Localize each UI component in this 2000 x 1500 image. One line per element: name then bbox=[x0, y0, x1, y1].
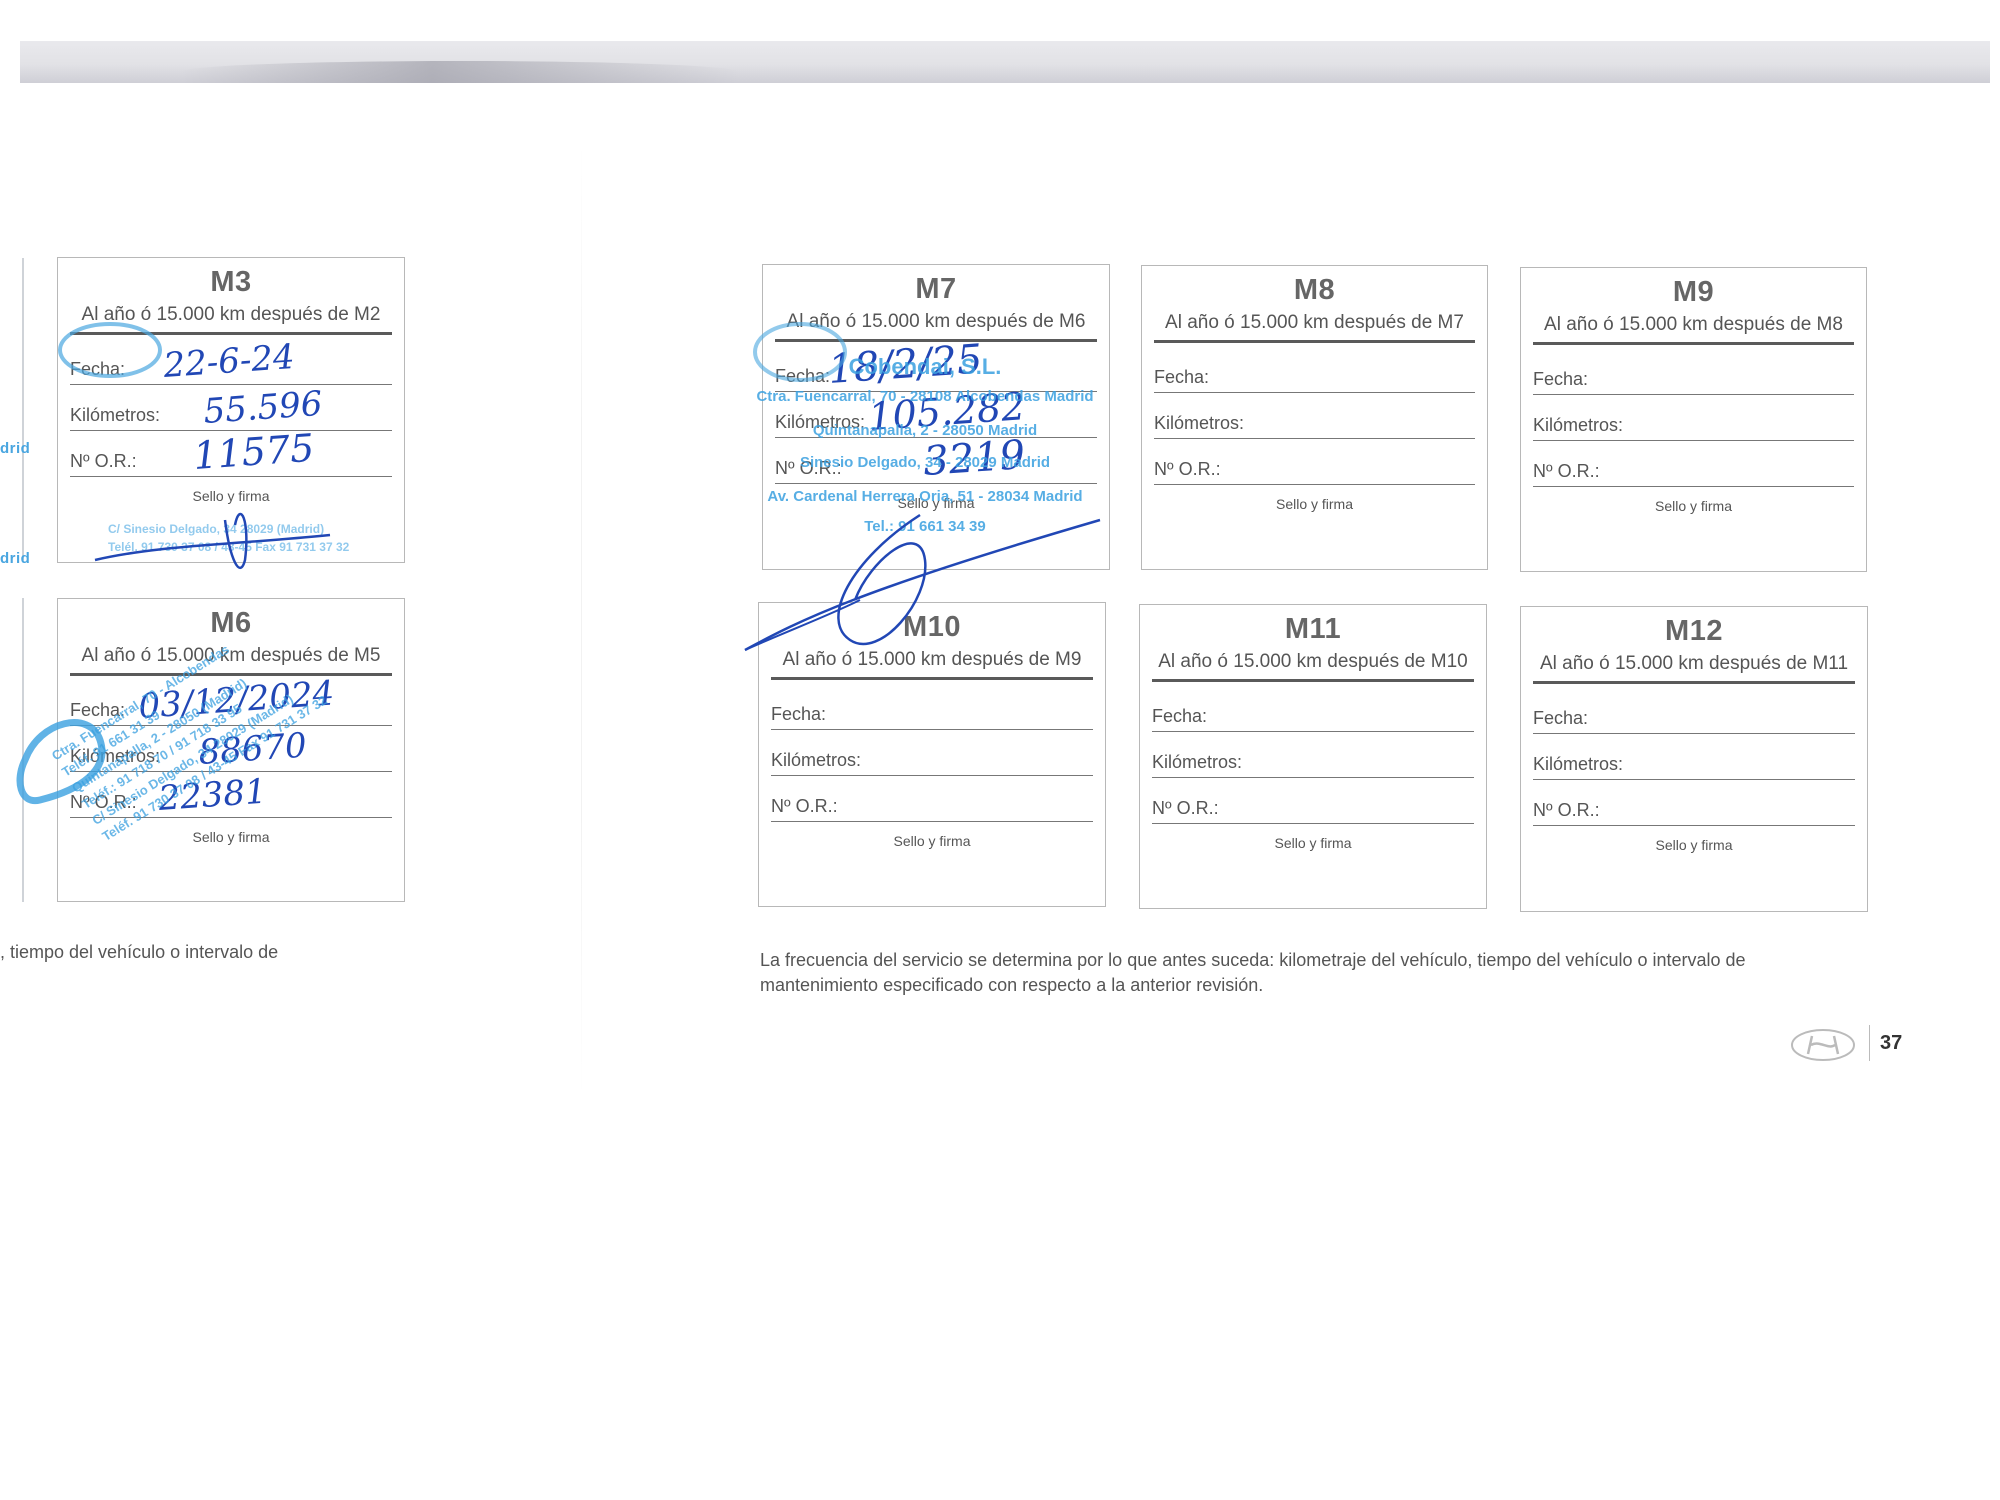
sello-firma-label: Sello y firma bbox=[1142, 496, 1487, 512]
or-number-label: Nº O.R.: bbox=[1152, 798, 1219, 819]
or-number-field[interactable]: Nº O.R.: 22381 bbox=[70, 779, 392, 818]
fecha-field[interactable]: Fecha: bbox=[1533, 356, 1854, 395]
or-number-label: Nº O.R.: bbox=[1154, 459, 1221, 480]
kilometros-field[interactable]: Kilómetros: 88670 bbox=[70, 733, 392, 772]
service-rule: Al año ó 15.000 km después de M7 bbox=[1154, 312, 1475, 343]
fecha-label: Fecha: bbox=[1152, 706, 1207, 727]
sello-firma-label: Sello y firma bbox=[759, 833, 1105, 849]
fecha-label: Fecha: bbox=[1533, 369, 1588, 390]
fecha-label: Fecha: bbox=[1154, 367, 1209, 388]
service-code: M9 bbox=[1521, 276, 1866, 309]
service-card-m11: M11 Al año ó 15.000 km después de M10 Fe… bbox=[1139, 604, 1487, 909]
fecha-field[interactable]: Fecha: bbox=[1152, 693, 1474, 732]
kilometros-field[interactable]: Kilómetros: bbox=[1533, 402, 1854, 441]
service-rule: Al año ó 15.000 km después de M11 bbox=[1533, 653, 1855, 684]
kilometros-label: Kilómetros: bbox=[70, 746, 160, 767]
dealer-stamp: C/ Sinesio Delgado, 34 28029 (Madrid) Te… bbox=[108, 520, 349, 556]
page-gutter bbox=[581, 140, 582, 1100]
kilometros-field[interactable]: Kilómetros: bbox=[1154, 400, 1475, 439]
kilometros-field[interactable]: Kilómetros: 105.282 bbox=[775, 399, 1097, 438]
or-number-field[interactable]: Nº O.R.: bbox=[1533, 448, 1854, 487]
kilometros-field[interactable]: Kilómetros: bbox=[1533, 741, 1855, 780]
fecha-field[interactable]: Fecha: 22-6-24 bbox=[70, 346, 392, 385]
fecha-field[interactable]: Fecha: bbox=[1154, 354, 1475, 393]
left-page-edge bbox=[22, 258, 24, 560]
service-card-m12: M12 Al año ó 15.000 km después de M11 Fe… bbox=[1520, 606, 1868, 912]
kilometros-label: Kilómetros: bbox=[775, 412, 865, 433]
or-number-label: Nº O.R.: bbox=[775, 458, 842, 479]
kilometros-field[interactable]: Kilómetros: bbox=[1152, 739, 1474, 778]
kilometros-label: Kilómetros: bbox=[771, 750, 861, 771]
kilometros-label: Kilómetros: bbox=[1154, 413, 1244, 434]
left-page-edge bbox=[22, 598, 24, 902]
fecha-label: Fecha: bbox=[70, 700, 125, 721]
fecha-field[interactable]: Fecha: 03/12/2024 bbox=[70, 687, 392, 726]
or-number-label: Nº O.R.: bbox=[70, 792, 137, 813]
service-rule: Al año ó 15.000 km después de M8 bbox=[1533, 314, 1854, 345]
kilometros-handwritten-value: 88670 bbox=[197, 726, 308, 773]
or-number-label: Nº O.R.: bbox=[771, 796, 838, 817]
fecha-field[interactable]: Fecha: bbox=[1533, 695, 1855, 734]
stamp-fragment: drid bbox=[0, 550, 30, 567]
or-number-handwritten-value: 11575 bbox=[192, 426, 316, 478]
kilometros-handwritten-value: 105.282 bbox=[867, 384, 1027, 439]
or-number-field[interactable]: Nº O.R.: 11575 bbox=[70, 438, 392, 477]
kilometros-field[interactable]: Kilómetros: 55.596 bbox=[70, 392, 392, 431]
or-number-field[interactable]: Nº O.R.: bbox=[1154, 446, 1475, 485]
service-code: M7 bbox=[763, 273, 1109, 306]
service-card-m8: M8 Al año ó 15.000 km después de M7 Fech… bbox=[1141, 265, 1488, 570]
fecha-label: Fecha: bbox=[1533, 708, 1588, 729]
service-card-m6: M6 Al año ó 15.000 km después de M5 Fech… bbox=[57, 598, 405, 902]
service-frequency-footnote: La frecuencia del servicio se determina … bbox=[760, 948, 1860, 998]
kilometros-handwritten-value: 55.596 bbox=[202, 384, 323, 432]
service-rule: Al año ó 15.000 km después de M9 bbox=[771, 649, 1093, 680]
fecha-handwritten-value: 03/12/2024 bbox=[137, 673, 335, 727]
sello-firma-label: Sello y firma bbox=[1521, 498, 1866, 514]
service-rule: Al año ó 15.000 km después de M10 bbox=[1152, 651, 1474, 682]
or-number-label: Nº O.R.: bbox=[70, 451, 137, 472]
service-code: M12 bbox=[1521, 615, 1867, 648]
service-card-m3: M3 Al año ó 15.000 km después de M2 Fech… bbox=[57, 257, 405, 563]
or-number-field[interactable]: Nº O.R.: bbox=[1533, 787, 1855, 826]
service-rule: Al año ó 15.000 km después de M6 bbox=[775, 311, 1097, 342]
or-number-handwritten-value: 3219 bbox=[922, 432, 1027, 485]
service-code: M6 bbox=[58, 607, 404, 640]
or-number-field[interactable]: Nº O.R.: bbox=[771, 783, 1093, 822]
or-number-handwritten-value: 22381 bbox=[157, 772, 268, 819]
sello-firma-label: Sello y firma bbox=[58, 488, 404, 504]
fecha-label: Fecha: bbox=[775, 366, 830, 387]
fecha-handwritten-value: 22-6-24 bbox=[162, 337, 296, 386]
service-code: M3 bbox=[58, 266, 404, 299]
service-card-m9: M9 Al año ó 15.000 km después de M8 Fech… bbox=[1520, 267, 1867, 572]
scan-top-shadow-band bbox=[20, 41, 1990, 83]
stamp-fragment: drid bbox=[0, 440, 30, 457]
service-card-m7: M7 Al año ó 15.000 km después de M6 Fech… bbox=[762, 264, 1110, 570]
page-number-divider bbox=[1869, 1025, 1870, 1061]
fecha-label: Fecha: bbox=[771, 704, 826, 725]
service-code: M8 bbox=[1142, 274, 1487, 307]
or-number-field[interactable]: Nº O.R.: 3219 bbox=[775, 445, 1097, 484]
fecha-field[interactable]: Fecha: 18/2/25 bbox=[775, 353, 1097, 392]
or-number-label: Nº O.R.: bbox=[1533, 461, 1600, 482]
sello-firma-label: Sello y firma bbox=[1521, 837, 1867, 853]
page-number: 37 bbox=[1880, 1032, 1902, 1055]
service-rule: Al año ó 15.000 km después de M5 bbox=[70, 645, 392, 676]
or-number-field[interactable]: Nº O.R.: bbox=[1152, 785, 1474, 824]
sello-firma-label: Sello y firma bbox=[763, 495, 1109, 511]
service-code: M10 bbox=[759, 611, 1105, 644]
footnote-fragment: , tiempo del vehículo o intervalo de bbox=[0, 942, 278, 963]
service-rule: Al año ó 15.000 km después de M2 bbox=[70, 304, 392, 335]
sello-firma-label: Sello y firma bbox=[1140, 835, 1486, 851]
kilometros-field[interactable]: Kilómetros: bbox=[771, 737, 1093, 776]
hyundai-logo-icon bbox=[1790, 1028, 1856, 1062]
fecha-label: Fecha: bbox=[70, 359, 125, 380]
service-code: M11 bbox=[1140, 613, 1486, 646]
kilometros-label: Kilómetros: bbox=[1533, 415, 1623, 436]
kilometros-label: Kilómetros: bbox=[70, 405, 160, 426]
sello-firma-label: Sello y firma bbox=[58, 829, 404, 845]
fecha-handwritten-value: 18/2/25 bbox=[827, 336, 984, 393]
fecha-field[interactable]: Fecha: bbox=[771, 691, 1093, 730]
kilometros-label: Kilómetros: bbox=[1152, 752, 1242, 773]
or-number-label: Nº O.R.: bbox=[1533, 800, 1600, 821]
kilometros-label: Kilómetros: bbox=[1533, 754, 1623, 775]
service-card-m10: M10 Al año ó 15.000 km después de M9 Fec… bbox=[758, 602, 1106, 907]
